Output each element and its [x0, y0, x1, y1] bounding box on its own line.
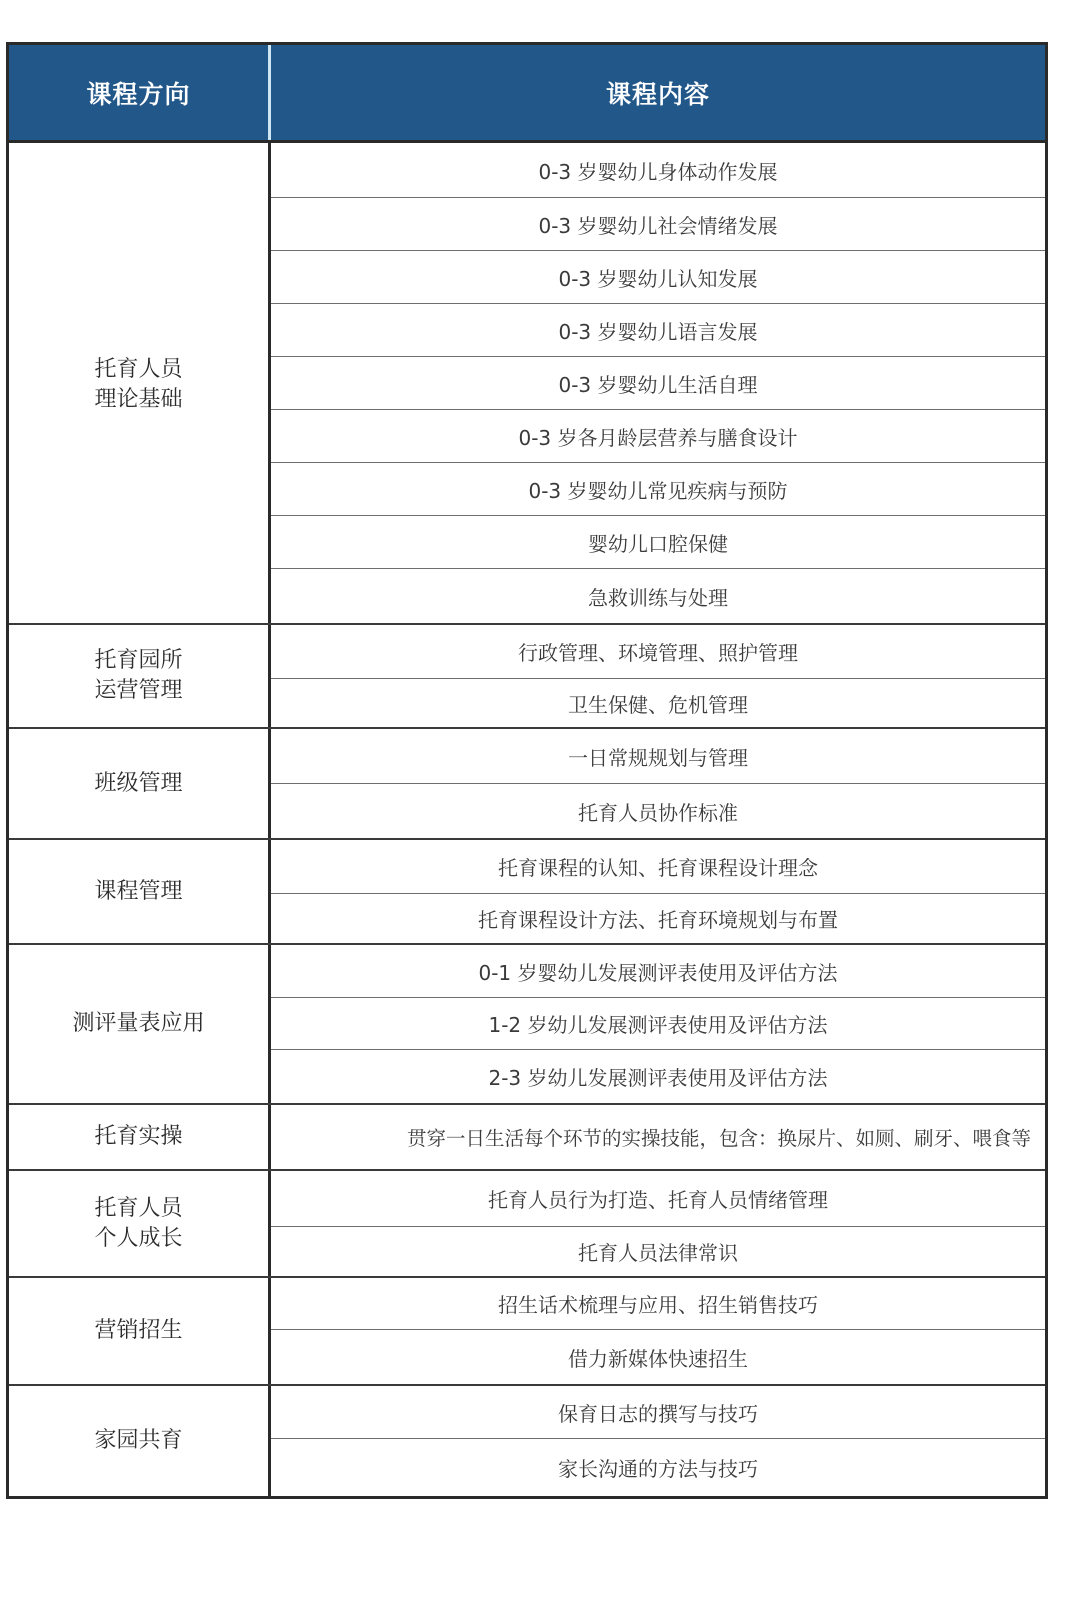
category-cell: 托育人员 个人成长 — [9, 1171, 271, 1276]
content-item: 托育人员行为打造、托育人员情绪管理 — [271, 1171, 1045, 1227]
content-item: 卫生保健、危机管理 — [271, 679, 1045, 727]
category-cell: 托育园所 运营管理 — [9, 625, 271, 727]
content-item: 0-3 岁婴幼儿常见疾病与预防 — [271, 463, 1045, 516]
content-item: 一日常规规划与管理 — [271, 729, 1045, 784]
table-group: 托育园所 运营管理 行政管理、环境管理、照护管理 卫生保健、危机管理 — [9, 625, 1045, 729]
content-item: 行政管理、环境管理、照护管理 — [271, 625, 1045, 679]
content-list: 0-3 岁婴幼儿身体动作发展 0-3 岁婴幼儿社会情绪发展 0-3 岁婴幼儿认知… — [271, 143, 1045, 623]
content-item: 0-3 岁婴幼儿身体动作发展 — [271, 143, 1045, 198]
table-group: 课程管理 托育课程的认知、托育课程设计理念 托育课程设计方法、托育环境规划与布置 — [9, 840, 1045, 945]
content-item: 托育人员协作标准 — [271, 784, 1045, 838]
content-item: 2-3 岁幼儿发展测评表使用及评估方法 — [271, 1050, 1045, 1103]
content-item: 0-1 岁婴幼儿发展测评表使用及评估方法 — [271, 945, 1045, 998]
course-table: 课程方向 课程内容 托育人员 理论基础 0-3 岁婴幼儿身体动作发展 0-3 岁… — [6, 42, 1048, 1499]
content-list: 托育课程的认知、托育课程设计理念 托育课程设计方法、托育环境规划与布置 — [271, 840, 1045, 943]
content-item: 贯穿一日生活每个环节的实操技能，包含：换尿片、如厕、刷牙、喂食等 — [271, 1105, 1045, 1169]
content-list: 托育人员行为打造、托育人员情绪管理 托育人员法律常识 — [271, 1171, 1045, 1276]
content-item: 1-2 岁幼儿发展测评表使用及评估方法 — [271, 998, 1045, 1050]
table-group: 测评量表应用 0-1 岁婴幼儿发展测评表使用及评估方法 1-2 岁幼儿发展测评表… — [9, 945, 1045, 1105]
content-item: 0-3 岁婴幼儿社会情绪发展 — [271, 198, 1045, 251]
category-cell: 班级管理 — [9, 729, 271, 838]
category-cell: 课程管理 — [9, 840, 271, 943]
content-item: 0-3 岁婴幼儿生活自理 — [271, 357, 1045, 410]
table-group: 托育人员 理论基础 0-3 岁婴幼儿身体动作发展 0-3 岁婴幼儿社会情绪发展 … — [9, 143, 1045, 625]
content-item: 托育课程设计方法、托育环境规划与布置 — [271, 894, 1045, 943]
content-list: 保育日志的撰写与技巧 家长沟通的方法与技巧 — [271, 1386, 1045, 1496]
table-group: 托育实操 贯穿一日生活每个环节的实操技能，包含：换尿片、如厕、刷牙、喂食等 — [9, 1105, 1045, 1171]
content-item: 托育人员法律常识 — [271, 1227, 1045, 1276]
header-course-content: 课程内容 — [271, 45, 1045, 140]
content-item: 招生话术梳理与应用、招生销售技巧 — [271, 1278, 1045, 1330]
content-item: 借力新媒体快速招生 — [271, 1330, 1045, 1384]
category-cell: 营销招生 — [9, 1278, 271, 1384]
content-item: 0-3 岁婴幼儿认知发展 — [271, 251, 1045, 304]
content-item: 保育日志的撰写与技巧 — [271, 1386, 1045, 1439]
header-course-direction: 课程方向 — [9, 45, 271, 140]
content-item: 急救训练与处理 — [271, 569, 1045, 623]
table-group: 家园共育 保育日志的撰写与技巧 家长沟通的方法与技巧 — [9, 1386, 1045, 1496]
content-item: 家长沟通的方法与技巧 — [271, 1439, 1045, 1496]
category-cell: 托育人员 理论基础 — [9, 143, 271, 623]
category-cell: 家园共育 — [9, 1386, 271, 1496]
category-cell: 测评量表应用 — [9, 945, 271, 1103]
table-group: 托育人员 个人成长 托育人员行为打造、托育人员情绪管理 托育人员法律常识 — [9, 1171, 1045, 1278]
category-cell: 托育实操 — [9, 1105, 271, 1169]
content-item: 0-3 岁各月龄层营养与膳食设计 — [271, 410, 1045, 463]
content-item: 托育课程的认知、托育课程设计理念 — [271, 840, 1045, 894]
content-list: 一日常规规划与管理 托育人员协作标准 — [271, 729, 1045, 838]
content-list: 招生话术梳理与应用、招生销售技巧 借力新媒体快速招生 — [271, 1278, 1045, 1384]
content-list: 0-1 岁婴幼儿发展测评表使用及评估方法 1-2 岁幼儿发展测评表使用及评估方法… — [271, 945, 1045, 1103]
table-group: 营销招生 招生话术梳理与应用、招生销售技巧 借力新媒体快速招生 — [9, 1278, 1045, 1386]
content-item: 婴幼儿口腔保健 — [271, 516, 1045, 569]
content-item: 0-3 岁婴幼儿语言发展 — [271, 304, 1045, 357]
content-list: 贯穿一日生活每个环节的实操技能，包含：换尿片、如厕、刷牙、喂食等 — [271, 1105, 1045, 1169]
table-header: 课程方向 课程内容 — [9, 45, 1045, 143]
content-list: 行政管理、环境管理、照护管理 卫生保健、危机管理 — [271, 625, 1045, 727]
table-group: 班级管理 一日常规规划与管理 托育人员协作标准 — [9, 729, 1045, 840]
